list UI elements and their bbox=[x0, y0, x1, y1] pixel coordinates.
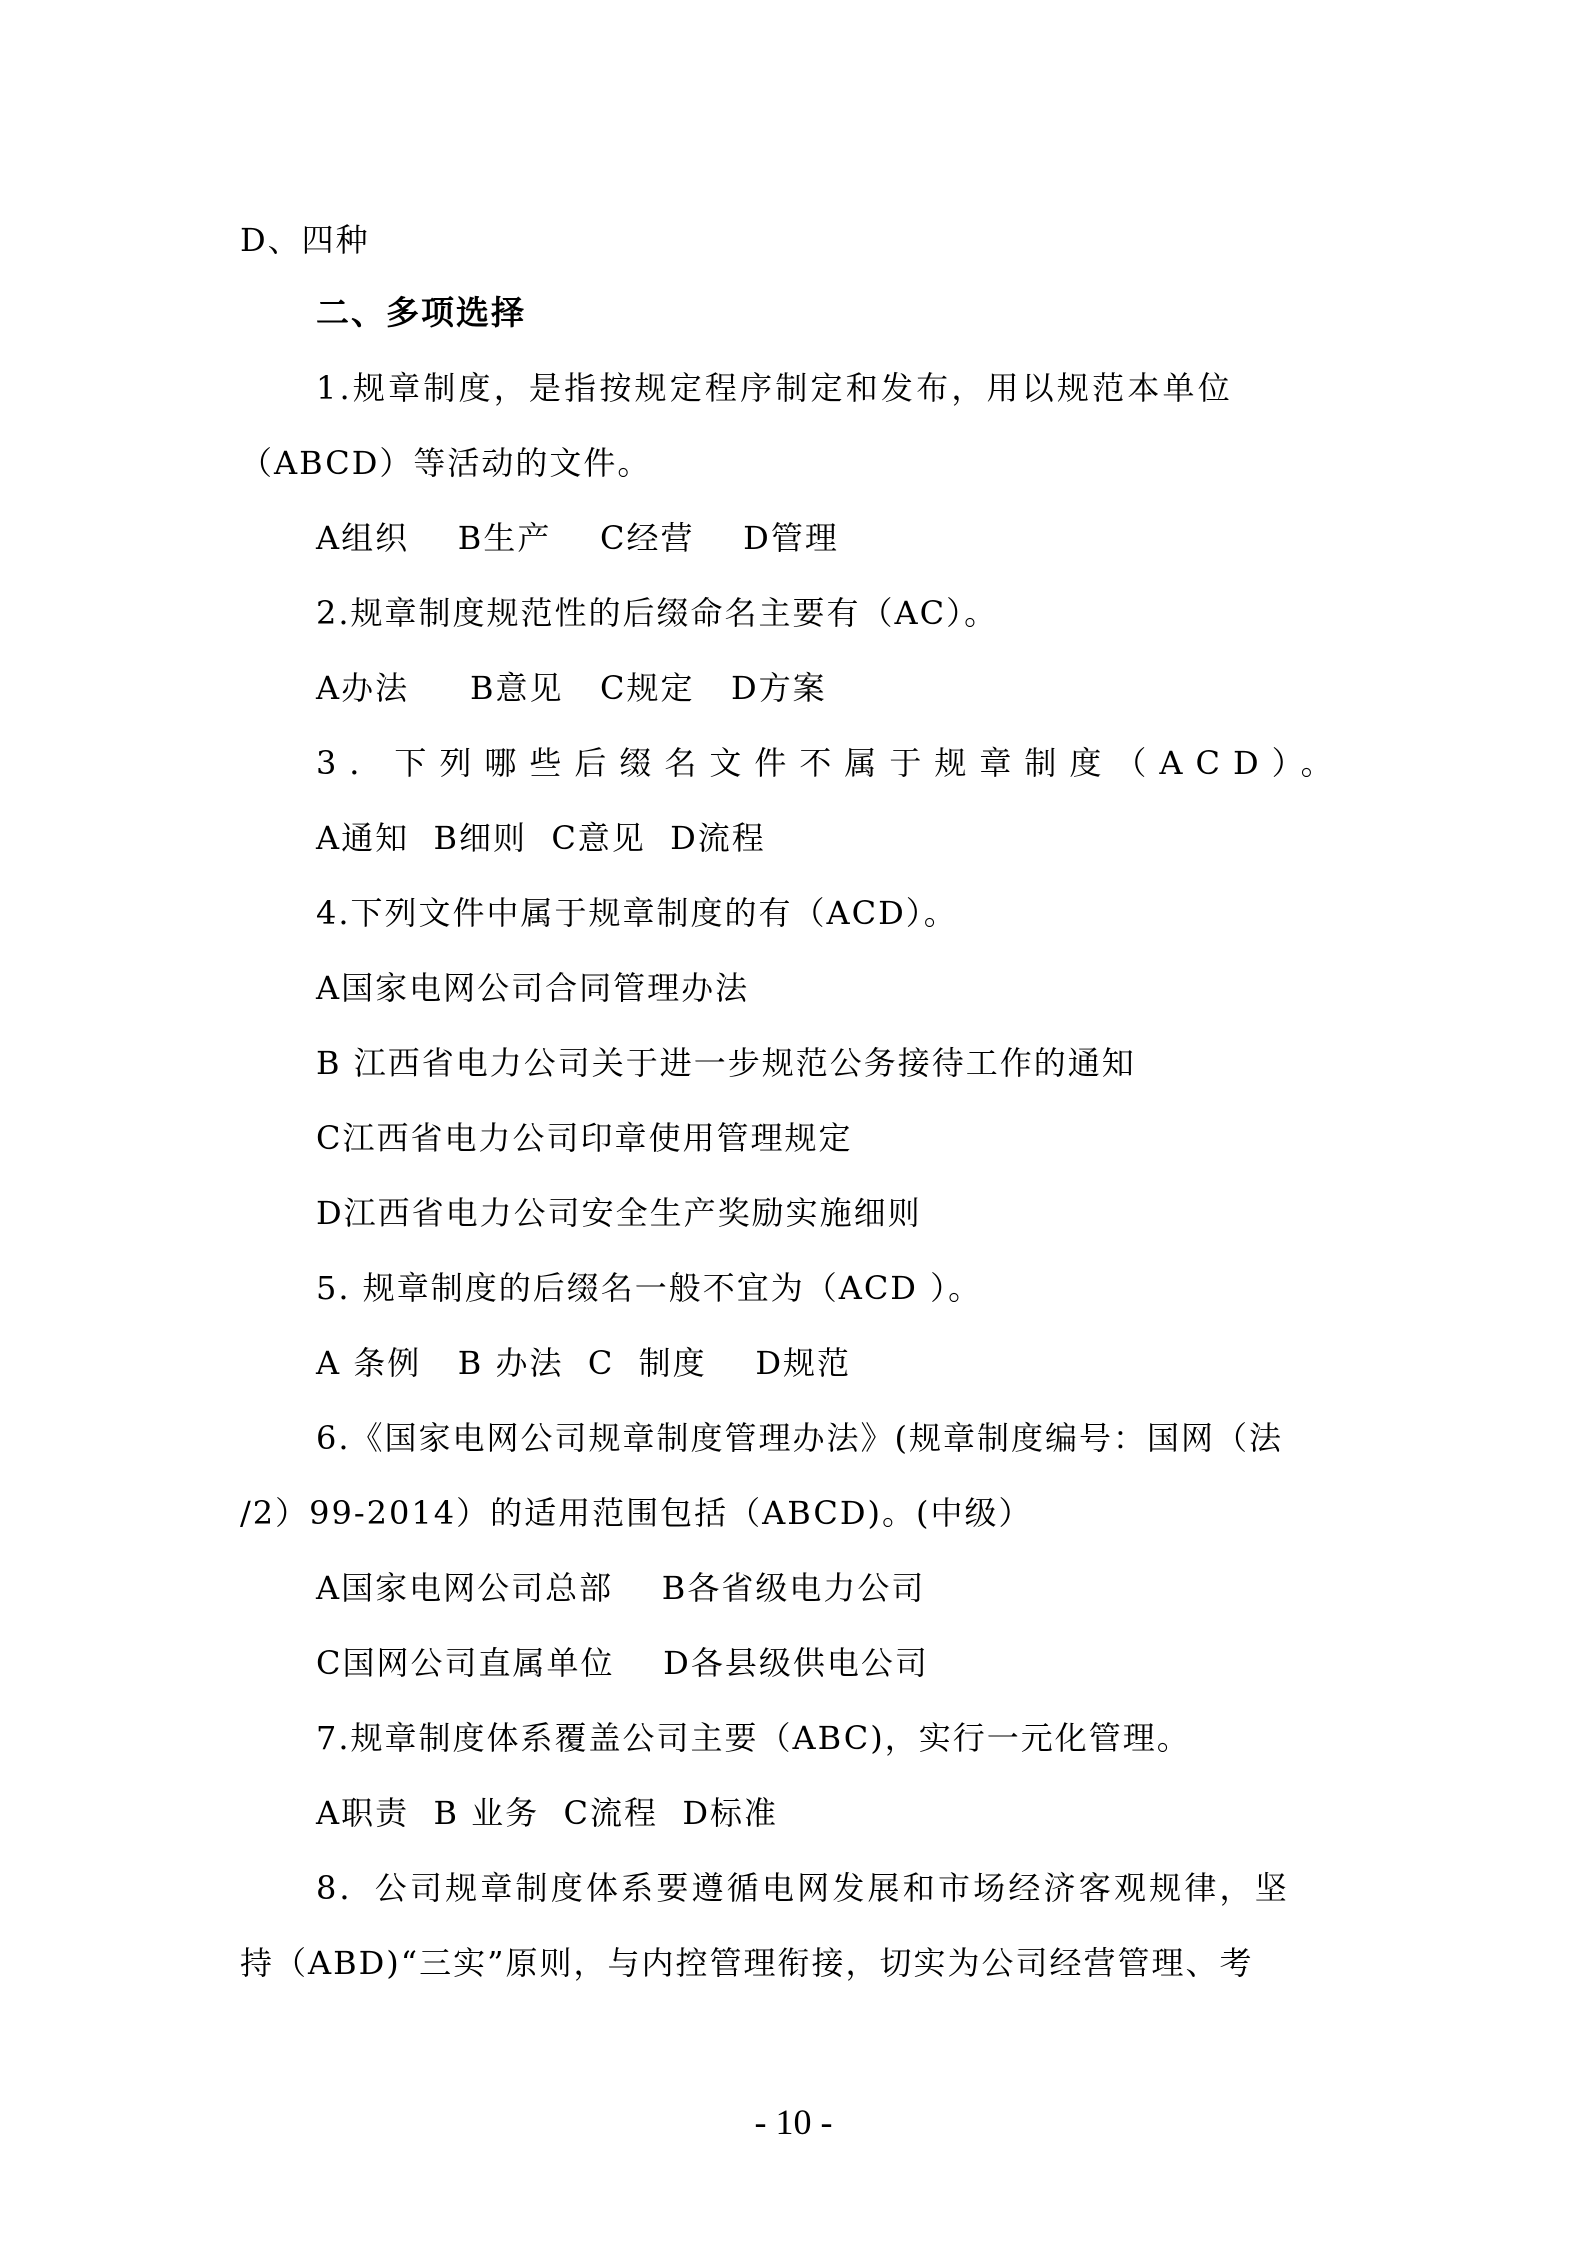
question-8-line-2: 持（ABD)“三实”原则，与内控管理衔接，切实为公司经营管理、考 bbox=[240, 1943, 1254, 1983]
question-3-options: A通知 B细则 C意见 D流程 bbox=[316, 818, 766, 858]
question-7: 7.规章制度体系覆盖公司主要（ABC)，实行一元化管理。 bbox=[316, 1718, 1191, 1758]
question-6-line-2: /2）99-2014）的适用范围包括（ABCD)。(中级） bbox=[240, 1493, 1032, 1533]
question-7-options: A职责 B 业务 C流程 D标准 bbox=[316, 1793, 778, 1833]
question-4-option-d: D江西省电力公司安全生产奖励实施细则 bbox=[316, 1193, 922, 1233]
question-6-options-ab: A国家电网公司总部 B各省级电力公司 bbox=[316, 1568, 925, 1608]
question-5: 5. 规章制度的后缀名一般不宜为（ACD ）。 bbox=[316, 1268, 982, 1308]
question-6-line-1: 6.《国家电网公司规章制度管理办法》(规章制度编号：国网（法 bbox=[316, 1418, 1283, 1458]
question-4-option-b: B 江西省电力公司关于进一步规范公务接待工作的通知 bbox=[316, 1043, 1136, 1083]
section-heading-multiple-choice: 二、多项选择 bbox=[316, 293, 526, 333]
question-6-options-cd: C国网公司直属单位 D各县级供电公司 bbox=[316, 1643, 929, 1683]
question-3: 3．下列哪些后缀名文件不属于规章制度（ACD）。 bbox=[316, 743, 1346, 783]
question-2: 2.规章制度规范性的后缀命名主要有（AC）。 bbox=[316, 593, 998, 633]
question-2-options: A办法 B意见 C规定 D方案 bbox=[316, 668, 827, 708]
question-4-option-c: C江西省电力公司印章使用管理规定 bbox=[316, 1118, 853, 1158]
question-1-line-2: （ABCD）等活动的文件。 bbox=[240, 443, 651, 483]
question-8-line-1: 8．公司规章制度体系要遵循电网发展和市场经济客观规律，坚 bbox=[316, 1868, 1290, 1908]
question-4-option-a: A国家电网公司合同管理办法 bbox=[316, 968, 749, 1008]
question-4: 4.下列文件中属于规章制度的有（ACD）。 bbox=[316, 893, 958, 933]
question-1-options: A组织 B生产 C经营 D管理 bbox=[316, 518, 839, 558]
previous-option-d: D、四种 bbox=[240, 220, 370, 260]
question-5-options: A 条例 B 办法 C 制度 D规范 bbox=[316, 1343, 851, 1383]
question-1-line-1: 1.规章制度，是指按规定程序制定和发布，用以规范本单位 bbox=[316, 368, 1233, 408]
page-number: - 10 - bbox=[0, 2100, 1587, 2144]
